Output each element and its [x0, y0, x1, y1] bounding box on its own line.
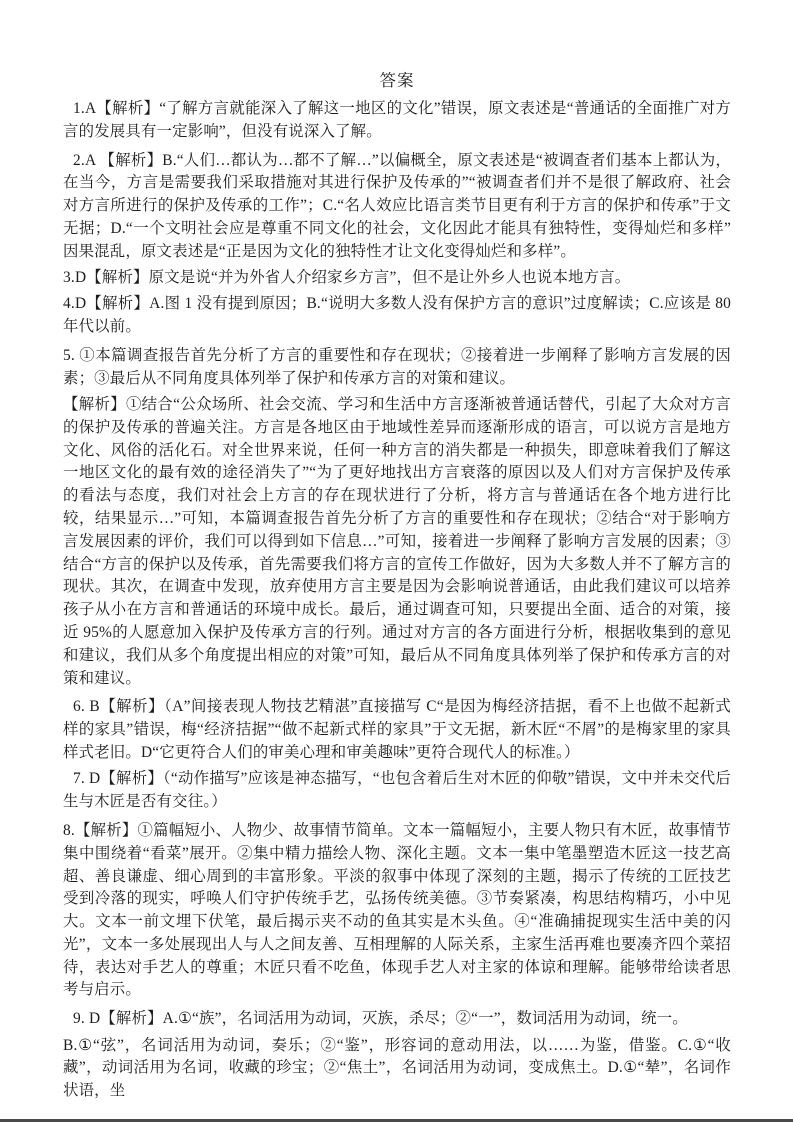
answer-item-6: 6. B【解析】（A”间接表现人物技艺精湛”直接描写 C“是因为梅经济拮据，看不…	[63, 696, 731, 764]
page-title: 答案	[63, 69, 731, 93]
answer-item-2: 2.A 【解析】B.“人们…都认为…都不了解…”以偏概全，原文表述是“被调查者们…	[63, 150, 731, 264]
answer-item-9-continued: B.①“弦”，名词活用为动词，奏乐；②“鉴”，形容词的意动用法，以……为鉴，借鉴…	[63, 1035, 731, 1103]
answer-item-9: 9. D【解析】A.①“族”，名词活用为动词，灭族，杀尽；②“一”，数词活用为动…	[63, 1008, 731, 1031]
document-content: 答案 1.A【解析】“了解方言就能深入了解这一地区的文化”错误，原文表述是“普通…	[0, 0, 793, 1103]
answer-item-3: 3.D【解析】原文是说“并为外省人介绍家乡方言”，但不是让外乡人也说本地方言。	[63, 267, 731, 290]
answer-item-5-analysis: 【解析】①结合“公众场所、社会交流、学习和生活中方言逐渐被普通话替代，引起了大众…	[63, 394, 731, 690]
answer-item-7: 7. D【解析】（“动作描写”应该是神态描写，“也包含着后生对木匠的仰敬”错误，…	[63, 768, 731, 814]
answer-item-8: 8.【解析】①篇幅短小、人物少、故事情节简单。文本一篇幅短小，主要人物只有木匠，…	[63, 820, 731, 1002]
answer-item-4: 4.D【解析】A.图 1 没有提到原因；B.“说明大多数人没有保护方言的意识”过…	[63, 293, 731, 339]
answer-item-5: 5. ①本篇调查报告首先分析了方言的重要性和存在现状；②接着进一步阐释了影响方言…	[63, 345, 731, 391]
document-page: 答案 1.A【解析】“了解方言就能深入了解这一地区的文化”错误，原文表述是“普通…	[0, 0, 793, 1122]
answer-item-1: 1.A【解析】“了解方言就能深入了解这一地区的文化”错误，原文表述是“普通话的全…	[63, 98, 731, 144]
